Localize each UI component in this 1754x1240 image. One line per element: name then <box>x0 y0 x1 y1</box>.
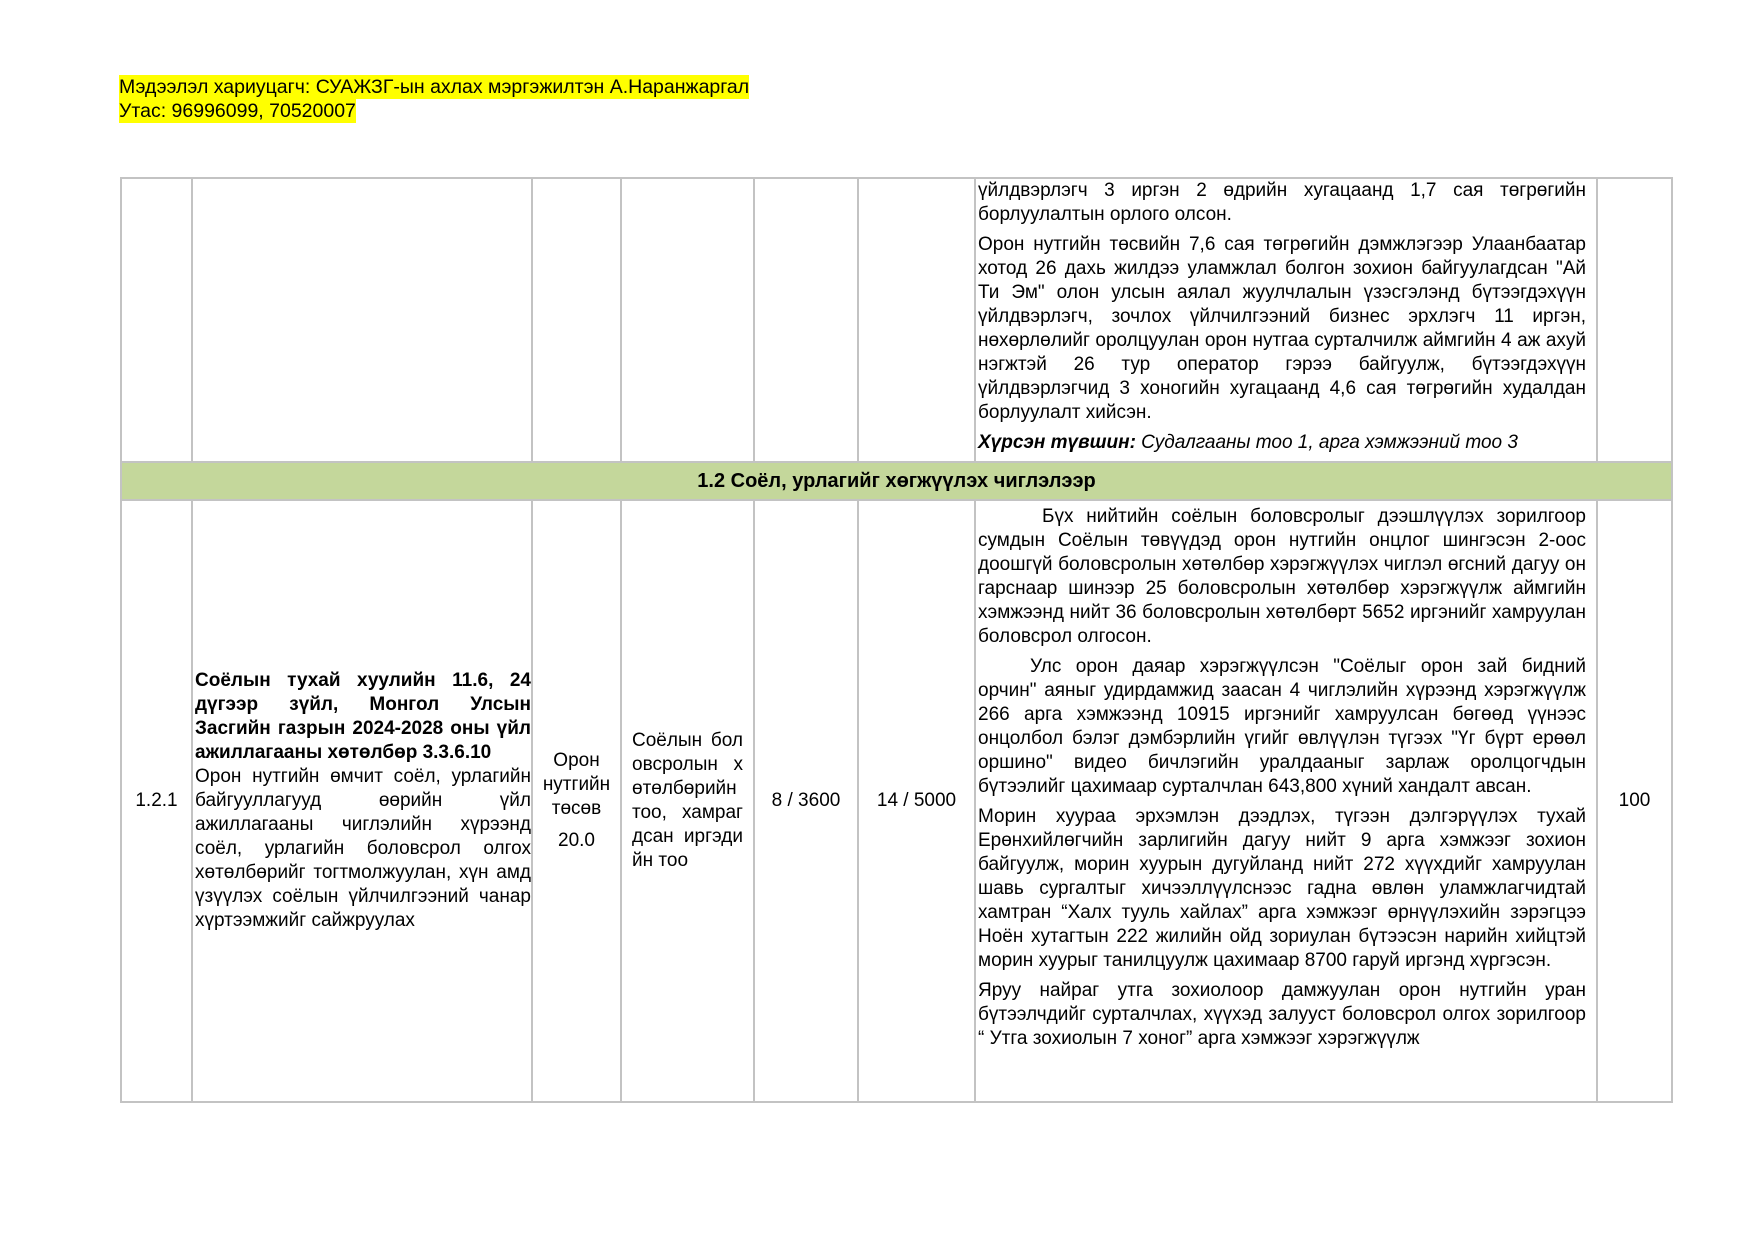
progress-paragraph: Орон нутгийн төсвийн 7,6 сая төгрөгийн д… <box>978 233 1586 425</box>
progress-paragraph: Морин хуураа эрхэмлэн дээдлэх, түгээн дэ… <box>978 805 1586 973</box>
cell-target-empty <box>858 178 975 462</box>
result-label: Хүрсэн түвшин: <box>978 432 1136 453</box>
report-table: үйлдвэрлэгч 3 иргэн 2 өдрийн хугацаанд 1… <box>120 177 1673 1103</box>
baseline-value: 8 / 3600 <box>754 500 858 1102</box>
cell-law-empty <box>192 178 532 462</box>
progress-paragraph: Бүх нийтийн соёлын боловсролыг дээшлүүлэ… <box>978 505 1586 649</box>
score-value: 100 <box>1597 500 1672 1102</box>
target-value: 14 / 5000 <box>858 500 975 1102</box>
result-level: Хүрсэн түвшин: Судалгааны тоо 1, арга хэ… <box>978 431 1586 455</box>
progress-paragraph: үйлдвэрлэгч 3 иргэн 2 өдрийн хугацаанд 1… <box>978 179 1586 227</box>
law-title: Соёлын тухай хуулийн 11.6, 24 дүгээр зүй… <box>195 669 531 765</box>
cell-funding-empty <box>532 178 621 462</box>
result-text: Судалгааны тоо 1, арга хэмжээний тоо 3 <box>1136 432 1518 453</box>
funding-amount: 20.0 <box>534 829 619 853</box>
row-number: 1.2.1 <box>121 500 192 1102</box>
progress-paragraph: Яруу найраг утга зохиолоор дамжуулан оро… <box>978 979 1586 1051</box>
document-header: Мэдээлэл хариуцагч: СУАЖЗГ-ын ахлах мэрг… <box>119 75 749 123</box>
responsible-person-line: Мэдээлэл хариуцагч: СУАЖЗГ-ын ахлах мэрг… <box>119 75 749 99</box>
funding-cell: Орон нутгийн төсөв 20.0 <box>532 500 621 1102</box>
section-title: 1.2 Соёл, урлагийг хөгжүүлэх чиглэлээр <box>121 462 1672 500</box>
cell-baseline-empty <box>754 178 858 462</box>
cell-score-empty <box>1597 178 1672 462</box>
table-row: 1.2.1 Соёлын тухай хуулийн 11.6, 24 дүгэ… <box>121 500 1672 1102</box>
section-header-row: 1.2 Соёл, урлагийг хөгжүүлэх чиглэлээр <box>121 462 1672 500</box>
indicator-cell: Соёлын боловсролын хөтөлбөрийн тоо, хамр… <box>621 500 754 1102</box>
funding-source: Орон нутгийн төсөв <box>534 749 619 821</box>
table-row-continued: үйлдвэрлэгч 3 иргэн 2 өдрийн хугацаанд 1… <box>121 178 1672 462</box>
progress-cell: Бүх нийтийн соёлын боловсролыг дээшлүүлэ… <box>975 500 1597 1102</box>
cell-indicator-empty <box>621 178 754 462</box>
progress-paragraph: Улс орон даяар хэрэгжүүлсэн "Соёлыг орон… <box>978 655 1586 799</box>
cell-progress-continued: үйлдвэрлэгч 3 иргэн 2 өдрийн хугацаанд 1… <box>975 178 1597 462</box>
cell-number-empty <box>121 178 192 462</box>
law-description: Орон нутгийн өмчит соёл, урлагийн байгуу… <box>195 765 531 933</box>
law-reference-cell: Соёлын тухай хуулийн 11.6, 24 дүгээр зүй… <box>192 500 532 1102</box>
phone-line: Утас: 96996099, 70520007 <box>119 99 356 123</box>
